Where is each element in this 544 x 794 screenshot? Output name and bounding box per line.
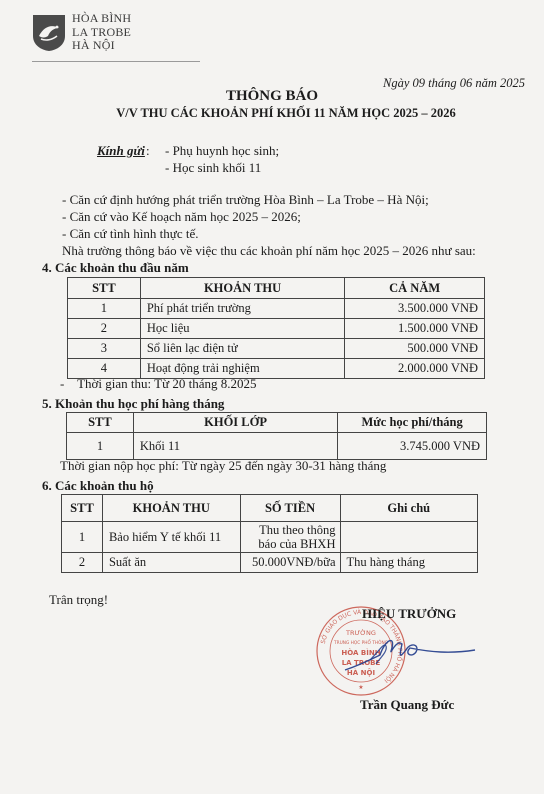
section-6-table: STT KHOẢN THU SỐ TIỀN Ghi chú 1 Bảo hiểm…	[61, 494, 478, 573]
recipient-students: - Học sinh khối 11	[165, 160, 261, 176]
column-header: CẢ NĂM	[345, 278, 485, 299]
recipients-colon: :	[146, 143, 150, 159]
cell-amount-line: báo của BHXH	[245, 537, 336, 551]
section-5-note: Thời gian nộp học phí: Từ ngày 25 đến ng…	[60, 458, 386, 474]
section-4-table: STT KHOẢN THU CẢ NĂM 1 Phí phát triển tr…	[67, 277, 485, 379]
column-header: SỐ TIỀN	[240, 495, 340, 522]
school-name-line-1: HÒA BÌNH	[72, 12, 131, 26]
column-header: STT	[68, 278, 141, 299]
cell-item: Suất ăn	[102, 553, 240, 573]
cell-amount: 3.500.000 VNĐ	[345, 299, 485, 319]
column-header: KHOẢN THU	[102, 495, 240, 522]
cell-item: Bảo hiểm Y tế khối 11	[102, 522, 240, 553]
signatory-title: HIỆU TRƯỞNG	[362, 606, 456, 622]
document-page: HÒA BÌNH LA TROBE HÀ NỘI Ngày 09 tháng 0…	[0, 0, 544, 794]
cell-stt: 2	[62, 553, 103, 573]
document-subtitle: V/V THU CÁC KHOẢN PHÍ KHỐI 11 NĂM HỌC 20…	[0, 106, 544, 121]
table-header-row: STT KHỐI LỚP Mức học phí/tháng	[67, 413, 487, 433]
table-row: 1 Phí phát triển trường 3.500.000 VNĐ	[68, 299, 485, 319]
signatory-name: Trần Quang Đức	[360, 697, 454, 713]
cell-fee: 3.745.000 VNĐ	[338, 433, 487, 460]
cell-item: Phí phát triển trường	[140, 299, 344, 319]
table-row: 1 Bảo hiểm Y tế khối 11 Thu theo thông b…	[62, 522, 478, 553]
header-divider	[32, 61, 200, 62]
section-5-table: STT KHỐI LỚP Mức học phí/tháng 1 Khối 11…	[66, 412, 487, 460]
school-name: HÒA BÌNH LA TROBE HÀ NỘI	[72, 12, 131, 53]
cell-grade: Khối 11	[133, 433, 337, 460]
basis-3: - Căn cứ tình hình thực tế.	[62, 226, 198, 242]
recipients-label: Kính gửi	[97, 143, 145, 159]
table-header-row: STT KHOẢN THU CẢ NĂM	[68, 278, 485, 299]
table-header-row: STT KHOẢN THU SỐ TIỀN Ghi chú	[62, 495, 478, 522]
basis-2: - Căn cứ vào Kế hoạch năm học 2025 – 202…	[62, 209, 301, 225]
section-5-heading: 5. Khoản thu học phí hàng tháng	[42, 396, 224, 412]
cell-amount: 2.000.000 VNĐ	[345, 359, 485, 379]
table-row: 2 Suất ăn 50.000VNĐ/bữa Thu hàng tháng	[62, 553, 478, 573]
cell-amount: 1.500.000 VNĐ	[345, 319, 485, 339]
column-header: KHOẢN THU	[140, 278, 344, 299]
school-name-line-2: LA TROBE	[72, 26, 131, 40]
signature-icon	[340, 630, 480, 680]
basis-1: - Căn cứ định hướng phát triển trường Hò…	[62, 192, 429, 208]
column-header: STT	[62, 495, 103, 522]
cell-note	[340, 522, 478, 553]
cell-stt: 2	[68, 319, 141, 339]
cell-note: Thu hàng tháng	[340, 553, 478, 573]
cell-item: Học liệu	[140, 319, 344, 339]
cell-amount: Thu theo thông báo của BHXH	[240, 522, 340, 553]
bird-shield-logo-icon	[32, 14, 66, 52]
cell-stt: 3	[68, 339, 141, 359]
column-header: STT	[67, 413, 134, 433]
cell-stt: 1	[67, 433, 134, 460]
cell-stt: 1	[68, 299, 141, 319]
cell-item: Sổ liên lạc điện tử	[140, 339, 344, 359]
cell-amount-line: Thu theo thông	[245, 523, 336, 537]
section-6-heading: 6. Các khoản thu hộ	[42, 478, 154, 494]
document-title: THÔNG BÁO	[0, 88, 544, 105]
closing-text: Trân trọng!	[49, 592, 108, 608]
svg-text:★: ★	[358, 684, 363, 691]
column-header: Mức học phí/tháng	[338, 413, 487, 433]
table-row: 2 Học liệu 1.500.000 VNĐ	[68, 319, 485, 339]
section-4-heading: 4. Các khoản thu đầu năm	[42, 260, 189, 276]
table-row: 3 Sổ liên lạc điện tử 500.000 VNĐ	[68, 339, 485, 359]
section-4-note: - Thời gian thu: Từ 20 tháng 8.2025	[60, 376, 257, 392]
column-header: KHỐI LỚP	[133, 413, 337, 433]
intro-text: Nhà trường thông báo về việc thu các kho…	[62, 243, 476, 259]
cell-amount: 50.000VNĐ/bữa	[240, 553, 340, 573]
cell-stt: 1	[62, 522, 103, 553]
table-row: 1 Khối 11 3.745.000 VNĐ	[67, 433, 487, 460]
recipient-parents: - Phụ huynh học sinh;	[165, 143, 279, 159]
cell-amount: 500.000 VNĐ	[345, 339, 485, 359]
school-name-line-3: HÀ NỘI	[72, 39, 131, 53]
column-header: Ghi chú	[340, 495, 478, 522]
